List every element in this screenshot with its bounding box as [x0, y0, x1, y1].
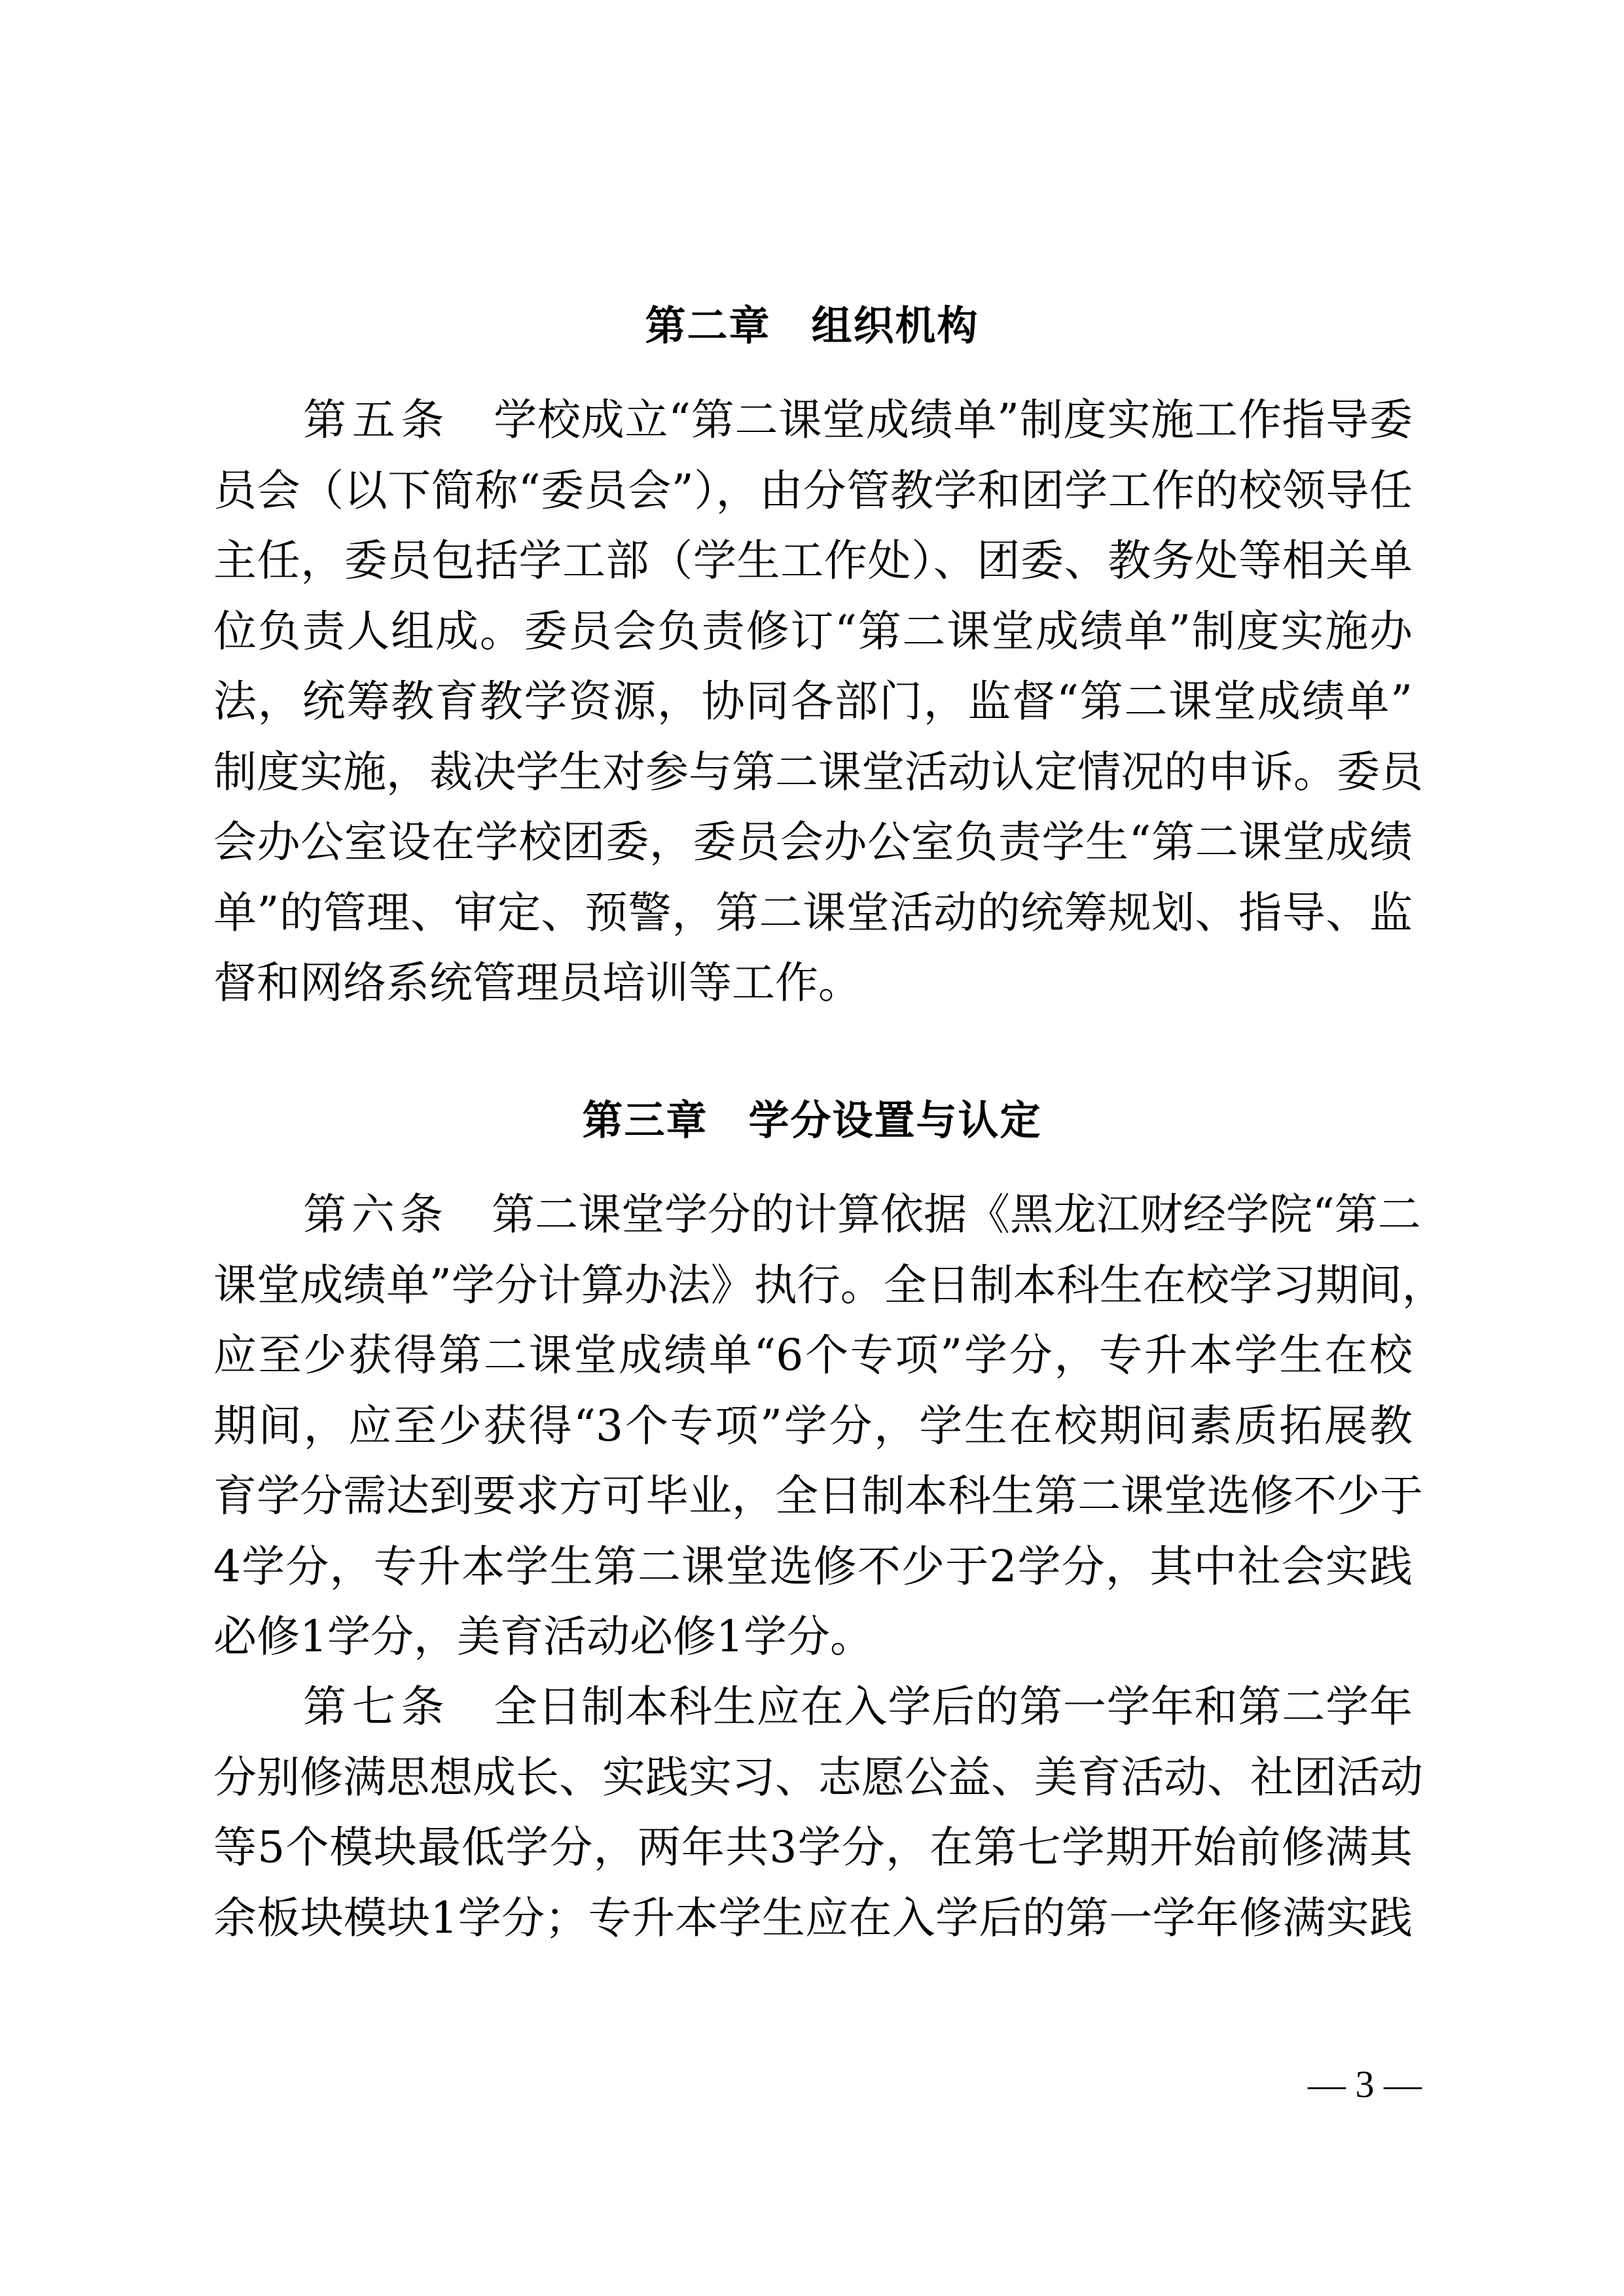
article-line: 位负责人组成。委员会负责修订“第二课堂成绩单”制度实施办 — [213, 596, 1413, 667]
article-line: 法，统筹教育教学资源，协同各部门，监督“第二课堂成绩单” — [213, 666, 1413, 737]
article-line: 必修1学分，美育活动必修1学分。 — [213, 1602, 1413, 1672]
chapter-heading-3: 第三章学分设置与认定 — [0, 1094, 1624, 1147]
article-line: 第五条学校成立“第二课堂成绩单”制度实施工作指导委 — [213, 385, 1413, 456]
article-5: 第五条学校成立“第二课堂成绩单”制度实施工作指导委 员会（以下简称“委员会”），… — [213, 385, 1413, 1018]
page-number: — 3 — — [1299, 2062, 1430, 2108]
article-line: 等5个模块最低学分，两年共3学分，在第七学期开始前修满其 — [213, 1812, 1413, 1883]
article-line: 分别修满思想成长、实践实习、志愿公益、美育活动、社团活动 — [213, 1742, 1413, 1813]
chapter-number: 第三章 — [582, 1096, 708, 1144]
article-label: 第七条 — [303, 1681, 450, 1732]
article-line: 会办公室设在学校团委，委员会办公室负责学生“第二课堂成绩 — [213, 807, 1413, 878]
article-line: 第六条第二课堂学分的计算依据《黑龙江财经学院“第二 — [213, 1179, 1413, 1250]
article-line: 主任，委员包括学工部（学生工作处）、团委、教务处等相关单 — [213, 526, 1413, 596]
article-line: 制度实施，裁决学生对参与第二课堂活动认定情况的申诉。委员 — [213, 737, 1413, 808]
document-page: 第二章组织机构 第五条学校成立“第二课堂成绩单”制度实施工作指导委 员会（以下简… — [0, 0, 1624, 2296]
article-line: 应至少获得第二课堂成绩单“6个专项”学分，专升本学生在校 — [213, 1320, 1413, 1391]
article-7: 第七条全日制本科生应在入学后的第一学年和第二学年 分别修满思想成长、实践实习、志… — [213, 1672, 1413, 1953]
chapter-number: 第二章 — [645, 302, 770, 350]
article-label: 第六条 — [303, 1189, 448, 1240]
article-line: 课堂成绩单”学分计算办法》执行。全日制本科生在校学习期间， — [213, 1250, 1413, 1321]
article-line: 余板块模块1学分；专升本学生应在入学后的第一学年修满实践 — [213, 1883, 1413, 1954]
article-line: 单”的管理、审定、预警，第二课堂活动的统筹规划、指导、监 — [213, 878, 1413, 948]
chapter-heading-2: 第二章组织机构 — [0, 300, 1624, 352]
chapter-title: 组织机构 — [812, 302, 979, 350]
article-line: 育学分需达到要求方可毕业，全日制本科生第二课堂选修不少于 — [213, 1461, 1413, 1532]
chapter-title: 学分设置与认定 — [749, 1096, 1042, 1144]
article-line: 4学分，专升本学生第二课堂选修不少于2学分，其中社会实践 — [213, 1532, 1413, 1602]
article-line: 督和网络系统管理员培训等工作。 — [213, 948, 1413, 1018]
article-line: 第七条全日制本科生应在入学后的第一学年和第二学年 — [213, 1672, 1413, 1742]
article-line: 员会（以下简称“委员会”），由分管教学和团学工作的校领导任 — [213, 456, 1413, 526]
article-label: 第五条 — [303, 395, 450, 445]
article-line: 期间，应至少获得“3个专项”学分，学生在校期间素质拓展教 — [213, 1391, 1413, 1462]
article-6: 第六条第二课堂学分的计算依据《黑龙江财经学院“第二 课堂成绩单”学分计算办法》执… — [213, 1179, 1413, 1672]
